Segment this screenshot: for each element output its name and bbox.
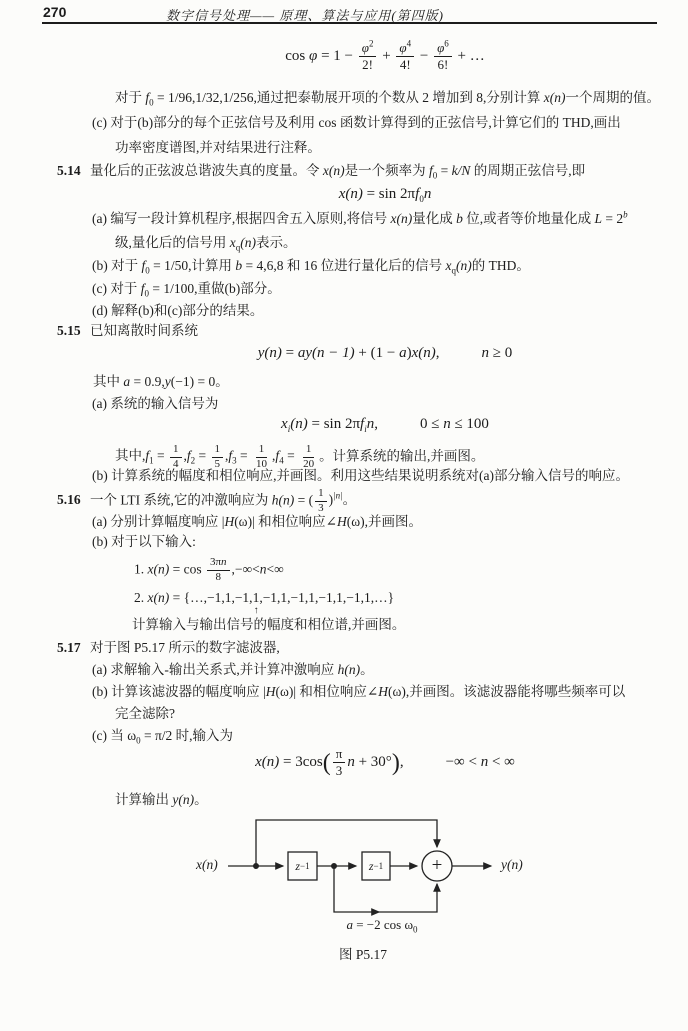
formula-5-14: x(n) = sin 2πf0n <box>90 185 680 203</box>
p514-item-a-line2: 级,量化后的信号用 xq(n)表示。 <box>115 234 297 252</box>
book-page: 270 数字信号处理—— 原理、算法与应用(第四版) cos φ = 1 − φ… <box>0 0 688 1031</box>
left-paren: ( <box>323 750 331 776</box>
problem-number: 5.15 <box>57 322 90 340</box>
formula-text: + … <box>454 48 485 64</box>
problem-5-16-heading: 5.16一个 LTI 系统,它的冲激响应为 h(n) = (13)|n|。 <box>57 487 356 516</box>
delay-block-1-label: z−1 <box>288 852 317 880</box>
p516-item-b: (b) 对于以下输入: <box>92 533 196 551</box>
p517-outro: 计算输出 y(n)。 <box>115 791 208 809</box>
p514-item-c: (c) 对于 f0 = 1/100,重做(b)部分。 <box>92 280 281 298</box>
p515-given: 其中 a = 0.9,y(−1) = 0。 <box>93 373 229 391</box>
sequence-origin: 1↑ <box>253 590 260 605</box>
p514-item-a-line1: (a) 编写一段计算机程序,根据四舍五入原则,将信号 x(n)量化成 b 位,或… <box>92 210 628 228</box>
formula-condition: 0 ≤ n ≤ 100 <box>420 416 489 432</box>
problem-5-17-heading: 5.17对于图 P5.17 所示的数字滤波器, <box>57 639 280 657</box>
problem-intro: 量化后的正弦波总谐波失真的度量。令 x(n)是一个频率为 f0 = k/N 的周… <box>90 163 585 178</box>
p514-item-b: (b) 对于 f0 = 1/50,计算用 b = 4,6,8 和 16 位进行量… <box>92 257 530 275</box>
p517-item-b-line1: (b) 计算该滤波器的幅度响应 |H(ω)| 和相位响应∠H(ω),并画图。该滤… <box>92 683 625 701</box>
formula-text: cos φ = 1 − <box>285 48 356 64</box>
problem-intro: 一个 LTI 系统,它的冲激响应为 h(n) = ( <box>90 492 313 507</box>
p513-item-c-line1: (c) 对于(b)部分的每个正弦信号及利用 cos 函数计算得到的正弦信号,计算… <box>92 114 621 132</box>
formula-condition: n ≥ 0 <box>482 345 513 361</box>
formula-condition: −∞ < n < ∞ <box>446 754 515 770</box>
branch-dot-1 <box>253 863 259 869</box>
p517-item-c: (c) 当 ω0 = π/2 时,输入为 <box>92 727 233 745</box>
fraction: φ22! <box>359 40 377 74</box>
figure-caption: 图 P5.17 <box>293 943 433 963</box>
diagram-output-label: y(n) <box>501 857 523 873</box>
p516-outro: 计算输入与输出信号的幅度和相位谱,并画图。 <box>132 616 405 634</box>
problem-5-14-heading: 5.14量化后的正弦波总谐波失真的度量。令 x(n)是一个频率为 f0 = k/… <box>57 162 585 180</box>
p516-input-2: 2. x(n) = {…,−1,1,−1,1↑,−1,1,−1,1,−1,1,−… <box>134 589 394 607</box>
delay-block-2-label: z−1 <box>362 852 390 880</box>
problem-intro: 已知离散时间系统 <box>90 323 198 338</box>
problem-number: 5.14 <box>57 162 90 180</box>
header-rule <box>42 22 657 24</box>
formula-text: + <box>378 48 394 64</box>
formula-text: xi(n) = sin 2πfin, <box>281 416 378 432</box>
formula-5-17: x(n) = 3cos(π3n + 30°),−∞ < n < ∞ <box>90 746 680 780</box>
p516-input-1: 1. x(n) = cos 3πn8,−∞<n<∞ <box>134 556 284 585</box>
formula-text: n + 30° <box>347 754 391 770</box>
gain-coefficient-label: a = −2 cos ω0 <box>302 917 462 933</box>
branch-dot-2 <box>331 863 337 869</box>
feedforward-top-line <box>256 820 437 866</box>
formula-5-15: y(n) = ay(n − 1) + (1 − a)x(n),n ≥ 0 <box>90 344 680 362</box>
p515-item-a: (a) 系统的输入信号为 <box>92 395 218 413</box>
fraction: φ66! <box>434 40 452 74</box>
p513-item-c-line2: 功率密度谱图,并对结果进行注释。 <box>115 139 321 157</box>
p515-item-b: (b) 计算系统的幅度和相位响应,并画图。利用这些结果说明系统对(a)部分输入信… <box>92 467 629 485</box>
right-paren: ) <box>392 750 400 776</box>
p513-paragraph: 对于 f0 = 1/96,1/32,1/256,通过把泰勒展开项的个数从 2 增… <box>115 89 660 107</box>
adder-plus-sign: + <box>422 851 452 881</box>
problem-5-15-heading: 5.15已知离散时间系统 <box>57 322 198 340</box>
p517-item-a: (a) 求解输入-输出关系式,并计算冲激响应 h(n)。 <box>92 661 374 679</box>
formula-text: y(n) = ay(n − 1) + (1 − a)x(n), <box>258 345 440 361</box>
fraction: π3 <box>333 746 346 780</box>
gain-to-adder-line <box>379 884 437 912</box>
problem-number: 5.17 <box>57 639 90 657</box>
fraction: φ44! <box>396 40 414 74</box>
problem-number: 5.16 <box>57 491 90 509</box>
formula-cos-series: cos φ = 1 − φ22! + φ44! − φ66! + … <box>90 40 680 74</box>
formula-text: x(n) = 3cos <box>255 754 323 770</box>
signal-flow-diagram: x(n) z−1 z−1 + y(n) a = −2 cos ω0 图 P5.1… <box>0 812 688 972</box>
formula-text: − <box>416 48 432 64</box>
p517-item-b-line2: 完全滤除? <box>115 705 175 723</box>
formula-5-15-input: xi(n) = sin 2πfin,0 ≤ n ≤ 100 <box>90 415 680 433</box>
fraction: 3πn8 <box>207 556 230 585</box>
p516-item-a: (a) 分别计算幅度响应 |H(ω)| 和相位响应∠H(ω),并画图。 <box>92 513 422 531</box>
fraction: 13 <box>315 487 327 516</box>
p514-item-d: (d) 解释(b)和(c)部分的结果。 <box>92 302 263 320</box>
diagram-lines <box>0 812 688 962</box>
problem-intro: 对于图 P5.17 所示的数字滤波器, <box>90 640 280 655</box>
diagram-input-label: x(n) <box>196 857 218 873</box>
